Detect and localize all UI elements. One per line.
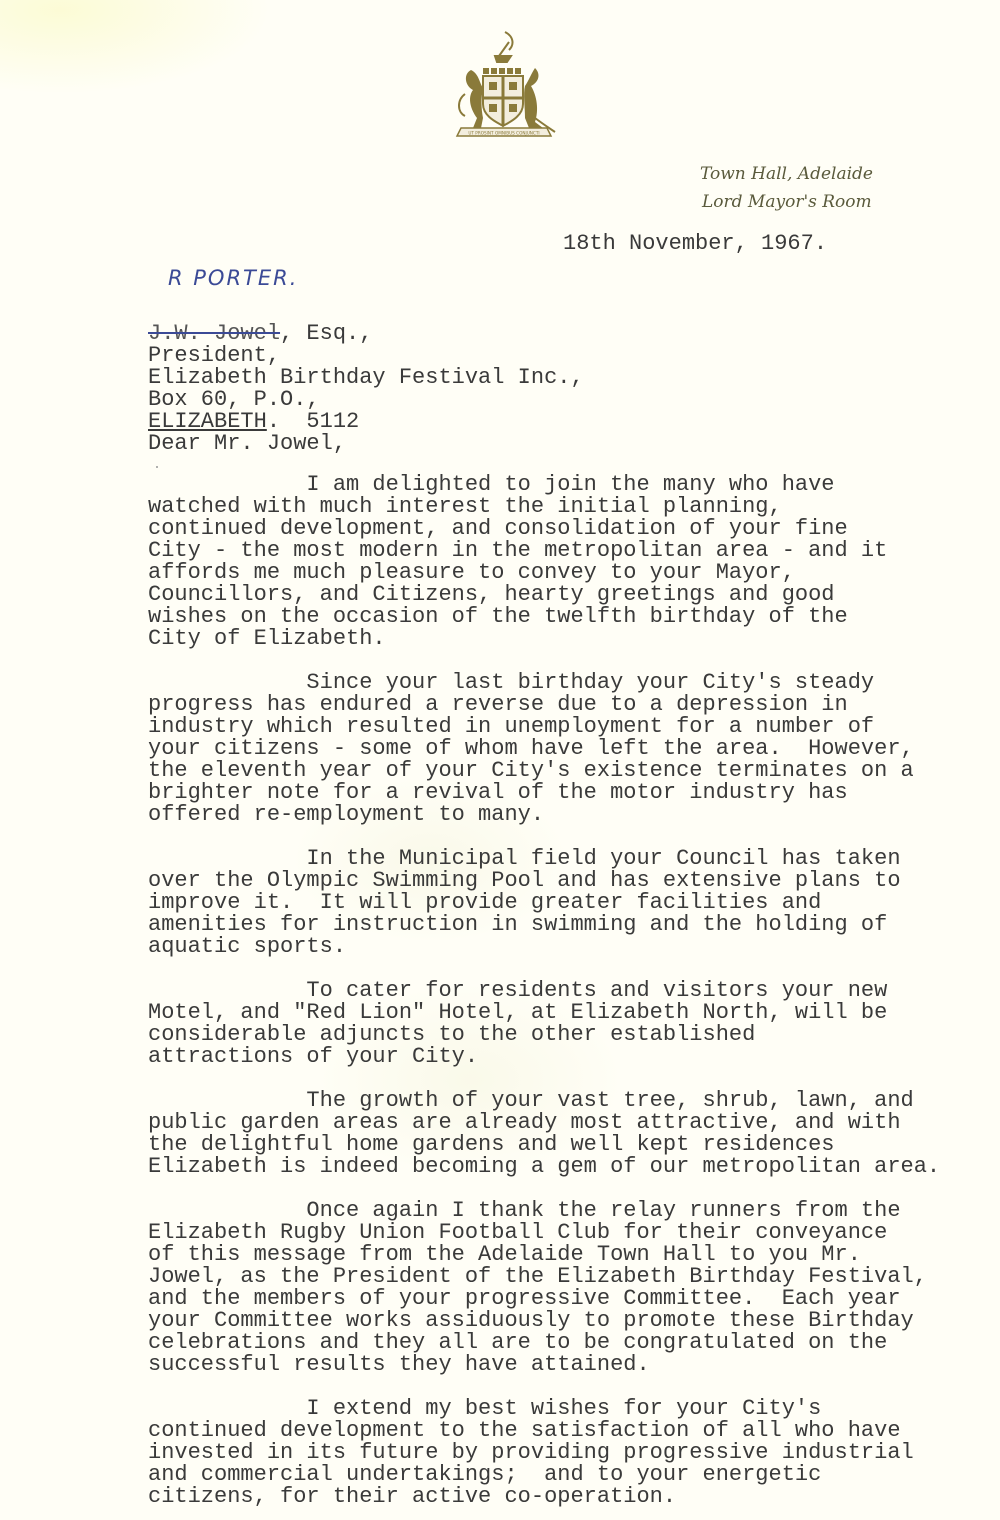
letterhead-office: Lord Mayor's Room bbox=[700, 188, 920, 216]
salutation: Dear Mr. Jowel, bbox=[148, 433, 346, 455]
recipient-address: J.W. Jowel, Esq., President, Elizabeth B… bbox=[148, 323, 584, 433]
body-paragraph: Since your last birthday your City's ste… bbox=[148, 672, 914, 826]
coat-of-arms-icon: UT PROSINT OMNIBUS CONJUNCTI bbox=[443, 28, 565, 140]
body-paragraph: Once again I thank the relay runners fro… bbox=[148, 1200, 927, 1376]
letterhead-location: Town Hall, Adelaide bbox=[700, 160, 920, 188]
body-paragraph: To cater for residents and visitors your… bbox=[148, 980, 887, 1068]
svg-text:UT PROSINT OMNIBUS CONJUNCTI: UT PROSINT OMNIBUS CONJUNCTI bbox=[468, 131, 539, 136]
recipient-name-suffix: , Esq., bbox=[280, 321, 372, 346]
body-paragraph: I extend my best wishes for your City's … bbox=[148, 1398, 914, 1508]
body-paragraph: The growth of your vast tree, shrub, law… bbox=[148, 1090, 940, 1178]
handwritten-annotation: R PORTER. bbox=[168, 266, 298, 290]
paper-speck bbox=[156, 466, 158, 468]
body-paragraph: In the Municipal field your Council has … bbox=[148, 848, 901, 958]
body-paragraph: I am delighted to join the many who have… bbox=[148, 474, 887, 650]
letterhead: Town Hall, Adelaide Lord Mayor's Room bbox=[700, 160, 920, 216]
letter-date: 18th November, 1967. bbox=[563, 233, 827, 255]
